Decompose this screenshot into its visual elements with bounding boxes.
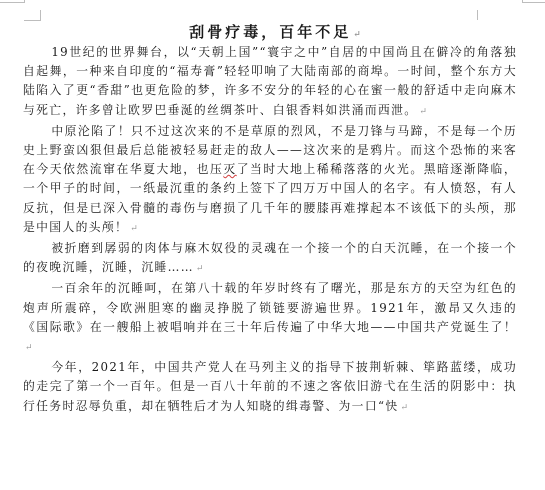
paragraph-text: 被折磨到孱弱的肉体与麻木奴役的灵魂在一个接一个的白天沉睡，在一个接一个的夜晚沉睡…: [23, 241, 517, 274]
paragraph-2: 中原沦陷了！只不过这次来的不是草原的烈风，不是刀锋与马蹄，不是每一个历史上野蛮凶…: [23, 122, 517, 239]
margin-corner-mark-top-left: [24, 10, 41, 21]
paragraph-3: 被折磨到孱弱的肉体与麻木奴役的灵魂在一个接一个的白天沉睡，在一个接一个的夜晚沉睡…: [23, 239, 517, 279]
paragraph-mark-icon: ↵: [196, 264, 204, 274]
paragraph-mark-icon: ↵: [401, 403, 409, 413]
page-crop-mark-top-left: [0, 0, 25, 3]
paragraph-1: 19世纪的世界舞台，以“天朝上国”“寰宇之中”自居的中国尚且在僻冷的角落独自起舞…: [23, 43, 517, 122]
paragraph-4: 一百余年的沉睡呵，在第八十载的年岁时终有了曙光，那是东方的天空为红色的炮声所震碎…: [23, 279, 517, 358]
margin-corner-mark-top-right: [477, 10, 484, 20]
document-page[interactable]: 刮骨疗毒，百年不足↵ 19世纪的世界舞台，以“天朝上国”“寰宇之中”自居的中国尚…: [23, 22, 517, 418]
document-title: 刮骨疗毒，百年不足↵: [23, 22, 517, 42]
page-crop-mark-top-right: [522, 0, 545, 3]
paragraph-5: 今年，2021年，中国共产党人在马列主义的指导下披荆斩棘、筚路蓝缕，成功的走完了…: [23, 358, 517, 418]
paragraph-text: 今年，2021年，中国共产党人在马列主义的指导下披荆斩棘、筚路蓝缕，成功的走完了…: [23, 360, 517, 412]
paragraph-mark-icon: ↵: [130, 224, 138, 234]
paragraph-mark-icon: ↵: [419, 107, 427, 117]
paragraph-mark-icon: ↵: [25, 343, 33, 353]
paragraph-mark-icon: ↵: [353, 30, 361, 40]
paragraph-text: 一百余年的沉睡呵，在第八十载的年岁时终有了曙光，那是东方的天空为红色的炮声所震碎…: [23, 281, 517, 333]
spellcheck-flagged-word[interactable]: 灭: [223, 162, 236, 176]
paragraph-text: 19世纪的世界舞台，以“天朝上国”“寰宇之中”自居的中国尚且在僻冷的角落独自起舞…: [23, 45, 517, 117]
document-title-text: 刮骨疗毒，百年不足: [189, 23, 351, 41]
